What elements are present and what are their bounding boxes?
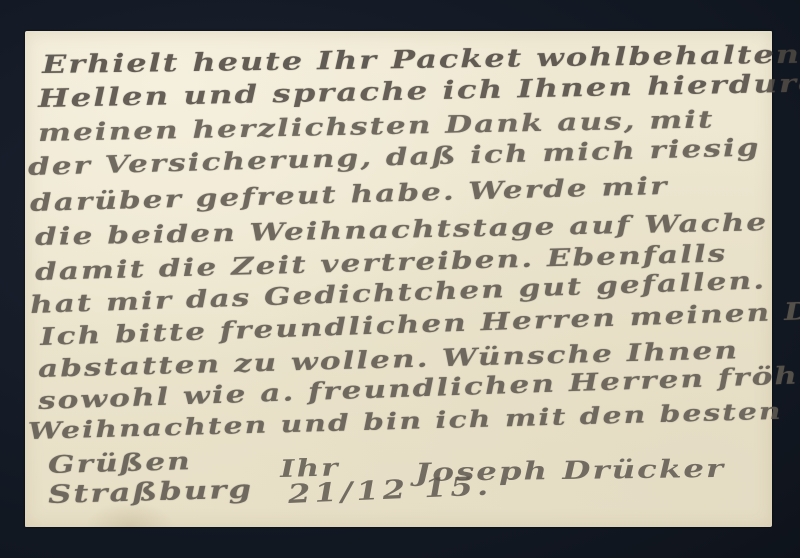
letter-line-greeting: Grüßen (47, 446, 192, 479)
place-name: Straßburg (47, 475, 253, 509)
